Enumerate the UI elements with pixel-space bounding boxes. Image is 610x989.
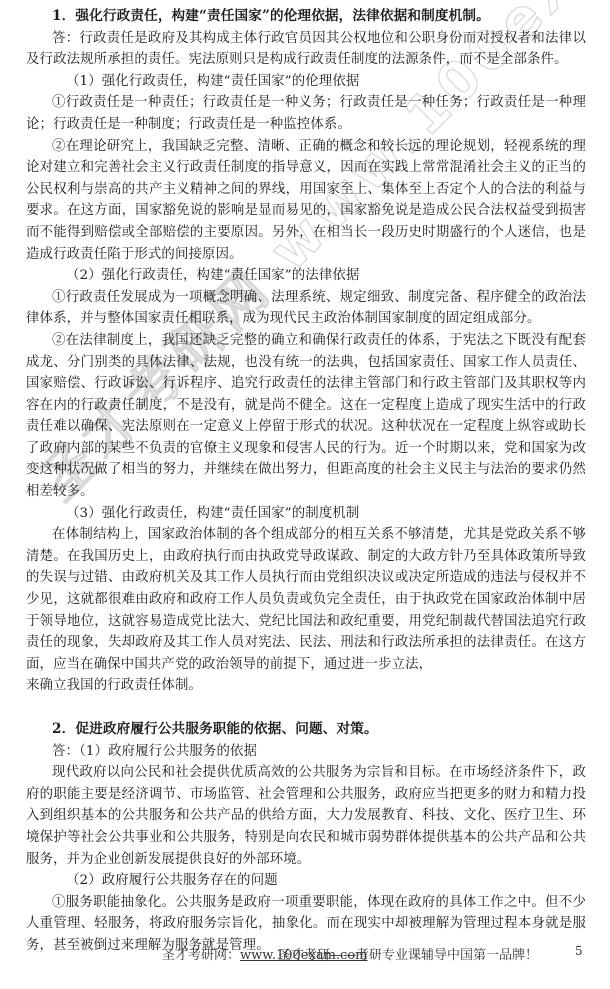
answer-prefix: 答： [52,744,79,759]
question-1-heading: 1．强化行政责任，构建“责任国家”的伦理依据，法律依据和制度机制。 [26,6,586,28]
paragraph: ①行政责任是一种责任；行政责任是一种义务；行政责任是一种任务；行政责任是一种理论… [26,92,586,135]
footer-slogan: 圣才考研——考研专业课辅导中国第一品牌！ [278,944,538,963]
paragraph: ②在理论研究上，我国缺乏完整、清晰、正确的概念和较长远的理论规划，轻视系统的理论… [26,136,586,266]
paragraph: ①行政责任发展成为一项概念明确、法理系统、规定细致、制度完备、程序健全的政治法律… [26,287,586,330]
subsection-title: （2）强化行政责任，构建“责任国家”的法律依据 [26,265,586,287]
section-spacer [26,697,586,719]
subsection-title: （1）政府履行公共服务的依据 [79,744,257,759]
paragraph: 来确立我国的行政责任体制。 [26,675,586,697]
paragraph: ②在法律制度上，我国还缺乏完整的确立和确保行政责任的体系，于宪法之下既没有配套成… [26,330,586,503]
document-page: 圣才考研网 www.100exam.com 1．强化行政责任，构建“责任国家”的… [0,0,610,989]
question-2-answer-intro: 答：（1）政府履行公共服务的依据 [26,741,586,763]
subsection-title: （3）强化行政责任，构建“责任国家”的制度机制 [26,503,586,525]
paragraph: 在体制结构上，国家政治体制的各个组成部分的相互关系不够清楚，尤其是党政关系不够清… [26,524,586,675]
page-number: 5 [575,944,583,958]
page-content: 1．强化行政责任，构建“责任国家”的伦理依据，法律依据和制度机制。 答：行政责任… [26,6,586,957]
footer-site-label: 圣才考研网： [162,948,240,963]
question-1-answer-intro: 答：行政责任是政府及其构成主体行政官员因其公权地位和公职身份而对授权者和法律以及… [26,28,586,71]
question-2-heading: 2．促进政府履行公共服务职能的依据、问题、对策。 [26,719,586,741]
subsection-title: （2）政府履行公共服务存在的问题 [26,870,586,892]
subsection-title: （1）强化行政责任，构建“责任国家”的伦理依据 [26,71,586,93]
paragraph: 现代政府以向公民和社会提供优质高效的公共服务为宗旨和目标。在市场经济条件下，政府… [26,762,586,870]
